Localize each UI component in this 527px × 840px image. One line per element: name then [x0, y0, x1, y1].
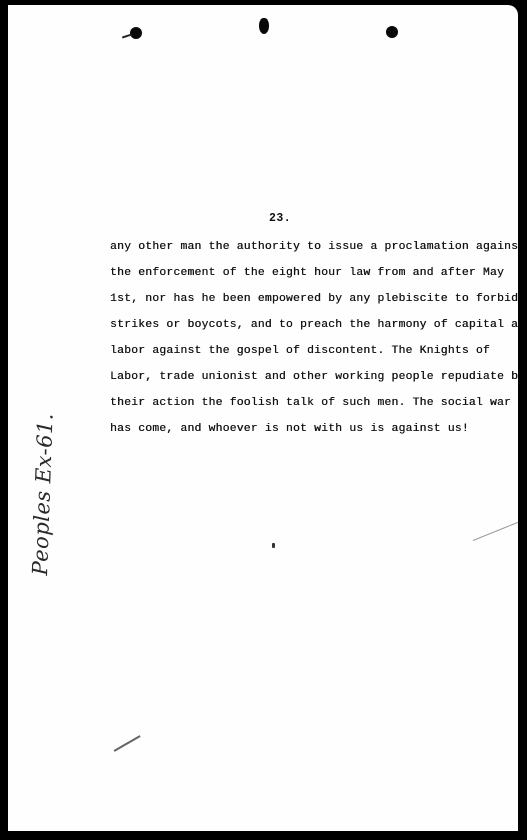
- text-line: 1st, nor has he been empowered by any pl…: [110, 291, 510, 317]
- document-page: 23. any other man the authority to issue…: [8, 5, 518, 831]
- page-number: 23.: [269, 212, 291, 225]
- text-line: Labor, trade unionist and other working …: [110, 369, 510, 395]
- text-line: has come, and whoever is not with us is …: [110, 421, 510, 447]
- typed-body-text: any other man the authority to issue a p…: [110, 239, 510, 447]
- pencil-stroke-icon: [114, 735, 141, 751]
- punch-hole-center-icon: [259, 18, 269, 34]
- ink-mark-icon: [272, 543, 275, 548]
- handwritten-exhibit-annotation: Peoples Ex-61.: [28, 413, 58, 576]
- text-line: the enforcement of the eight hour law fr…: [110, 265, 510, 291]
- pencil-stroke-icon: [473, 519, 518, 541]
- text-line: any other man the authority to issue a p…: [110, 239, 510, 265]
- text-line: their action the foolish talk of such me…: [110, 395, 510, 421]
- punch-hole-right-icon: [386, 26, 398, 38]
- punch-hole-left-icon: [130, 27, 142, 39]
- text-line: labor against the gospel of discontent. …: [110, 343, 510, 369]
- text-line: strikes or boycots, and to preach the ha…: [110, 317, 510, 343]
